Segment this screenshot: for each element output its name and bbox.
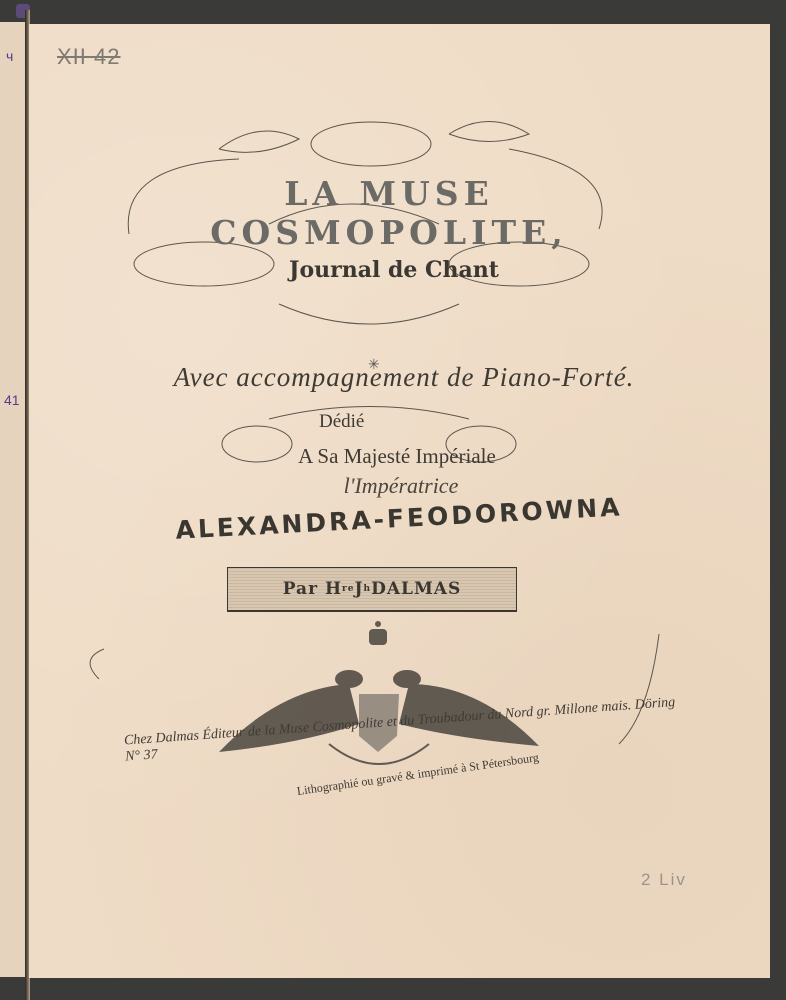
author-sup-1: re — [342, 584, 354, 594]
journal-subtitle: Journal de Chant — [234, 257, 554, 283]
dedication-line-1: A Sa Majesté Impériale — [247, 444, 547, 469]
title-page: XII 42 LA MUSE C — [29, 24, 770, 978]
author-name: DALMAS — [371, 579, 461, 599]
adjacent-page: ч 41 — [0, 22, 25, 977]
author-sup-2: h — [364, 584, 372, 594]
dedication-label: Dédié — [319, 411, 364, 433]
author-prefix: Par H — [283, 579, 342, 599]
ink-number: 41 — [4, 392, 20, 408]
author-banner: Par Hre Jh DALMAS — [227, 567, 517, 612]
pencil-note: 2 Liv — [641, 870, 687, 890]
journal-title: LA MUSE COSMOPOLITE, — [149, 174, 629, 252]
author-mid: J — [354, 579, 363, 599]
calligraphic-flourishes-icon — [29, 24, 770, 978]
ink-mark: ч — [6, 48, 13, 64]
accompaniment-line: Avec accompagnement de Piano-Forté. — [124, 362, 684, 393]
dedication-line-2: l'Impératrice — [291, 473, 511, 499]
